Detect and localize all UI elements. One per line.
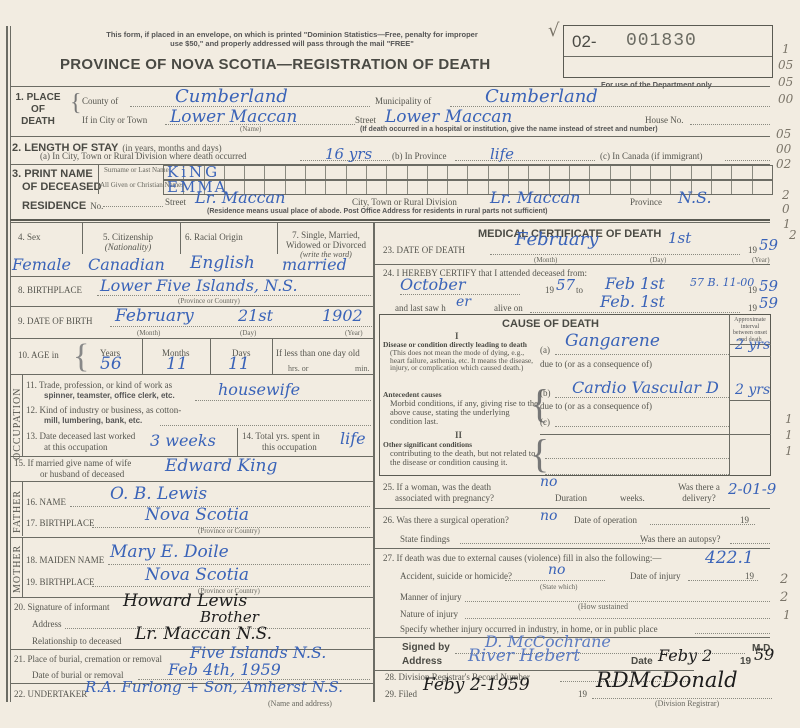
dod-year-field[interactable]: 59 (759, 236, 778, 254)
sign-date-label: Date (631, 656, 653, 667)
sex-label: 4. Sex (18, 232, 41, 242)
left-border-inner (10, 26, 11, 702)
mother-birthplace-label: 19. BIRTHPLACE (26, 577, 94, 587)
brace: { (70, 90, 82, 117)
label-line: OF DECEASED (12, 181, 101, 194)
undertaker-hint: (Name and address) (268, 699, 332, 708)
year-prefix: 19 (748, 303, 757, 313)
label-text: 7. Single, Married, Widowed or Divorced (280, 230, 372, 250)
manner-hint: (How sustained (578, 602, 628, 611)
findings-label: State findings (400, 534, 450, 544)
last-worked-field[interactable]: 3 weeks (150, 431, 216, 450)
q13-label: 13. Date deceased last worked (26, 431, 135, 441)
year-prefix: 19 (545, 285, 554, 295)
sign-year-field[interactable]: 59 (754, 645, 774, 664)
part-ii-label: II (455, 430, 462, 440)
stay-province-field[interactable]: life (490, 145, 514, 163)
sign-date-field[interactable]: Feby 2 (658, 646, 712, 665)
margin-code: 2 (789, 228, 797, 242)
antecedent-hint: Morbid conditions, if any, giving rise t… (390, 399, 538, 426)
q11-label: 11. Trade, profession, or kind of work a… (26, 380, 172, 390)
attended-to-year-field[interactable]: 59 (759, 277, 778, 295)
mother-maiden-label: 18. MAIDEN NAME (26, 555, 104, 565)
dod-day-field[interactable]: 1st (668, 229, 691, 247)
age-years-field[interactable]: 56 (100, 354, 122, 374)
margin-code: 1 (782, 42, 790, 56)
municipality-field[interactable]: Cumberland (485, 86, 598, 107)
q11-hint: spinner, teamster, office clerk, etc. (44, 391, 175, 400)
year-prefix: 19 (748, 285, 757, 295)
cause-a-label: (a) (540, 345, 550, 355)
father-birthplace-field[interactable]: Nova Scotia (145, 505, 249, 525)
day-hint: (Day) (240, 329, 256, 337)
label-line: 3. PRINT NAME (12, 168, 101, 181)
operation-date-label: Date of operation (574, 515, 637, 525)
province-hint: (Province or Country) (198, 527, 260, 535)
alive-year-field[interactable]: 59 (759, 294, 778, 312)
residence-street-field[interactable]: Lr. Maccan (195, 188, 285, 207)
margin-code: 1 (785, 444, 793, 458)
delivery-label: Was there a delivery? (675, 482, 723, 504)
margin-code: 1 (785, 428, 793, 442)
surname-label: Surname or Last Name (104, 167, 164, 174)
father-birthplace-label: 17. BIRTHPLACE (26, 518, 94, 528)
q15-label: 15. If married give name of wife (14, 458, 131, 468)
residence-province-field[interactable]: N.S. (678, 188, 712, 207)
margin-code: 0 (782, 202, 790, 216)
dob-year-field[interactable]: 1902 (322, 306, 363, 325)
min-label: min. (355, 364, 369, 373)
label-line: 1. PLACE (12, 92, 64, 104)
notice-line-1: This form, if placed in an envelope, on … (72, 30, 512, 39)
residence-province-label: Province (630, 197, 662, 207)
age-days-field[interactable]: 11 (228, 354, 250, 374)
cause-b-interval-field[interactable]: 2 yrs (735, 382, 770, 398)
q15-hint: or husband of deceased (40, 469, 124, 479)
notice-line-2: use $50," and properly addressed will pa… (72, 39, 512, 48)
residence-row: RESIDENCE No. (22, 196, 103, 214)
margin-code: 05 (776, 127, 791, 141)
dod-label: 23. DATE OF DEATH (383, 245, 465, 255)
direct-cause-hint: (This does not mean the mode of dying, e… (390, 349, 538, 372)
county-label: County of (82, 96, 118, 106)
cause-of-death-title: CAUSE OF DEATH (502, 318, 599, 330)
dob-month-field[interactable]: February (115, 306, 194, 326)
stay-city-field[interactable]: 16 yrs (325, 145, 372, 163)
accident-field[interactable]: no (548, 562, 565, 578)
cause-b-field[interactable]: Cardio Vascular D (572, 378, 719, 397)
sex-field[interactable]: Female (12, 255, 71, 274)
margin-code: 00 (776, 142, 791, 156)
signed-by-label: Signed by (402, 642, 450, 653)
label-text: 8. BIRTHPLACE (18, 285, 82, 295)
state-which-hint: (State which) (540, 583, 578, 591)
q27-label: 27. If death was due to external causes … (383, 553, 661, 563)
other-conditions-hint: contributing to the death, but not relat… (390, 449, 538, 467)
birthplace-label: 8. BIRTHPLACE (18, 285, 82, 295)
brace: { (73, 338, 89, 376)
county-field[interactable]: Cumberland (175, 86, 288, 107)
q14-hint: this occupation (262, 442, 317, 452)
year-hint: (Year) (345, 329, 363, 337)
physician-address-field[interactable]: River Hebert (468, 646, 580, 666)
day-hint: (Day) (650, 256, 666, 264)
cause-b-label: (b) (540, 388, 551, 398)
manner-label: Manner of injury (400, 592, 461, 602)
label-hint: (Nationality) (88, 242, 168, 252)
given-names-label: All Given or Christian Names (100, 182, 166, 189)
dod-month-field[interactable]: February (515, 229, 598, 250)
year-prefix: 19 (740, 656, 751, 667)
occupation-field[interactable]: housewife (218, 380, 300, 399)
dob-label: 9. DATE OF BIRTH (18, 316, 92, 326)
accident-label: Accident, suicide or homicide? (400, 571, 512, 581)
last-saw-label: and last saw h (395, 303, 446, 313)
surname-boxes[interactable] (163, 165, 773, 180)
due-to-label: due to (or as a consequence of) (540, 359, 652, 369)
city-field[interactable]: Lower Maccan (170, 107, 297, 127)
margin-code: 2 (782, 188, 790, 202)
margin-code: 05 (778, 58, 793, 72)
marital-status-field[interactable]: married (282, 255, 347, 274)
birthplace-hint: (Province or Country) (178, 297, 240, 305)
nature-label: Nature of injury (400, 609, 458, 619)
dob-day-field[interactable]: 21st (238, 306, 273, 325)
less-than-day-label: If less than one day old (276, 348, 360, 358)
registration-prefix: 02- (572, 32, 597, 52)
margin-code: 2 (780, 590, 788, 605)
attended-from-year-field[interactable]: 57 (556, 276, 575, 294)
year-prefix: 19 (578, 689, 587, 699)
year-prefix: 19 (748, 245, 757, 255)
q12-hint: mill, lumbering, bank, etc. (44, 416, 142, 425)
dept-use-label: For use of the Department only (601, 80, 712, 89)
hrs-label: hrs. or (288, 364, 308, 373)
burial-date-field[interactable]: Feb 4th, 1959 (168, 660, 281, 679)
racial-origin-field[interactable]: English (190, 253, 255, 273)
check-mark: √ (548, 20, 559, 41)
father-name-label: 16. NAME (26, 497, 66, 507)
margin-note: 57 B. 11-00 (690, 276, 754, 289)
margin-code: 1 (783, 608, 791, 622)
relationship-label: Relationship to deceased (32, 636, 121, 646)
birthplace-field[interactable]: Lower Five Islands, N.S. (100, 276, 298, 295)
racial-origin-label: 6. Racial Origin (185, 232, 243, 242)
physician-address-label: Address (402, 656, 442, 667)
age-label: 10. AGE in (18, 350, 59, 360)
alive-on-label: alive on (494, 303, 523, 313)
q26-label: 26. Was there a surgical operation? (383, 515, 509, 525)
year-prefix: 19 (745, 571, 754, 581)
burial-place-label: 21. Place of burial, cremation or remova… (14, 654, 162, 664)
residence-note: (Residence means usual place of abode. P… (207, 208, 548, 215)
street-label: Street (355, 115, 376, 125)
surgical-operation-field[interactable]: no (540, 508, 557, 524)
last-saw-pronoun-field[interactable]: er (456, 294, 471, 310)
month-hint: (Month) (534, 256, 557, 264)
age-months-field[interactable]: 11 (166, 354, 188, 374)
page-title: PROVINCE OF NOVA SCOTIA—REGISTRATION OF … (60, 56, 490, 73)
stay-province-label: (b) In Province (392, 151, 446, 161)
autopsy-label: Was there an autopsy? (640, 534, 721, 544)
alive-on-field[interactable]: Feb. 1st (600, 292, 665, 311)
hospital-note: (If death occurred in a hospital or inst… (360, 126, 658, 133)
mother-maiden-field[interactable]: Mary E. Doile (110, 542, 229, 562)
father-name-field[interactable]: O. B. Lewis (110, 484, 207, 504)
year-prefix: 19 (740, 515, 749, 525)
filed-date-field[interactable]: Feby 2-1959 (423, 675, 530, 695)
margin-code: 2 (780, 572, 788, 587)
total-years-field[interactable]: life (340, 429, 366, 448)
column-divider (373, 222, 375, 702)
house-no-label: House No. (645, 115, 684, 125)
mother-birthplace-field[interactable]: Nova Scotia (145, 565, 249, 585)
stay-city-label: (a) In City, Town or Rural Division wher… (40, 151, 247, 161)
place-of-death-label: 1. PLACE OF DEATH (12, 92, 64, 128)
residence-city-label: City, Town or Rural Division (352, 197, 457, 207)
residence-street-label: Street (165, 197, 186, 207)
cause-a-interval-field[interactable]: 2 yrs (735, 337, 770, 353)
attended-to-field[interactable]: Feb 1st (605, 274, 665, 293)
attended-from-field[interactable]: October (400, 275, 466, 294)
informant-address-label: Address (32, 619, 62, 629)
q25-hint: associated with pregnancy? (395, 493, 494, 503)
municipality-label: Municipality of (375, 96, 431, 106)
q12-label: 12. Kind of industry or business, as cot… (26, 405, 181, 415)
registration-number-box: 02- 001830 (563, 25, 773, 78)
q13-hint: at this occupation (44, 442, 107, 452)
undertaker-label: 22. UNDERTAKER (14, 689, 87, 699)
registrar-signature-field[interactable]: RDMcDonald (596, 668, 738, 692)
street-field[interactable]: Lower Maccan (385, 107, 512, 127)
q25-label: 25. If a woman, was the death (383, 482, 491, 492)
duration-label: Duration (555, 493, 587, 503)
informant-signature-label: 20. Signature of informant (14, 602, 109, 612)
citizenship-field[interactable]: Canadian (88, 255, 165, 274)
mail-notice: This form, if placed in an envelope, on … (72, 30, 512, 48)
spouse-name-field[interactable]: Edward King (165, 456, 277, 476)
pregnancy-field[interactable]: no (540, 474, 557, 490)
due-to-label: due to (or as a consequence of) (540, 401, 652, 411)
injury-date-label: Date of injury (630, 571, 680, 581)
brace: { (530, 434, 549, 474)
left-border (6, 26, 8, 702)
print-name-label: 3. PRINT NAME OF DECEASED (12, 168, 101, 194)
residence-label: RESIDENCE (22, 200, 86, 212)
margin-code: 05 (778, 75, 793, 89)
month-hint: (Month) (137, 329, 160, 337)
cause-code-field[interactable]: 422.1 (705, 548, 754, 568)
margin-code: 1 (785, 412, 793, 426)
weeks-label: weeks. (620, 493, 645, 503)
label-line: OF (12, 104, 64, 116)
residence-no-label: No. (90, 201, 103, 211)
filed-label: 29. Filed (385, 689, 417, 699)
year-hint: (Year) (752, 256, 770, 264)
undertaker-field[interactable]: R.A. Furlong + Son, Amherst N.S. (85, 678, 343, 696)
delivery-field[interactable]: 2-01-9 (728, 480, 776, 498)
label-line: DEATH (12, 116, 64, 128)
cause-c-label: (c) (540, 417, 550, 427)
q14-label: 14. Total yrs. spent in (242, 431, 320, 441)
margin-code: 00 (778, 92, 793, 106)
registration-number: 001830 (626, 31, 697, 51)
name-hint: (Name) (240, 125, 261, 133)
city-label: If in City or Town (82, 115, 147, 125)
label-text: 5. Citizenship (88, 232, 168, 242)
to-label: to (576, 285, 583, 295)
relationship-field[interactable]: Lr. Maccan N.S. (135, 624, 272, 644)
margin-code: 02 (776, 157, 791, 171)
cause-a-field[interactable]: Gangarene (565, 331, 660, 351)
divider (10, 86, 770, 87)
stay-canada-label: (c) In Canada (if immigrant) (600, 151, 702, 161)
residence-city-field[interactable]: Lr. Maccan (490, 188, 580, 207)
citizenship-label: 5. Citizenship (Nationality) (88, 232, 168, 252)
registrar-hint: (Division Registrar) (655, 699, 719, 708)
